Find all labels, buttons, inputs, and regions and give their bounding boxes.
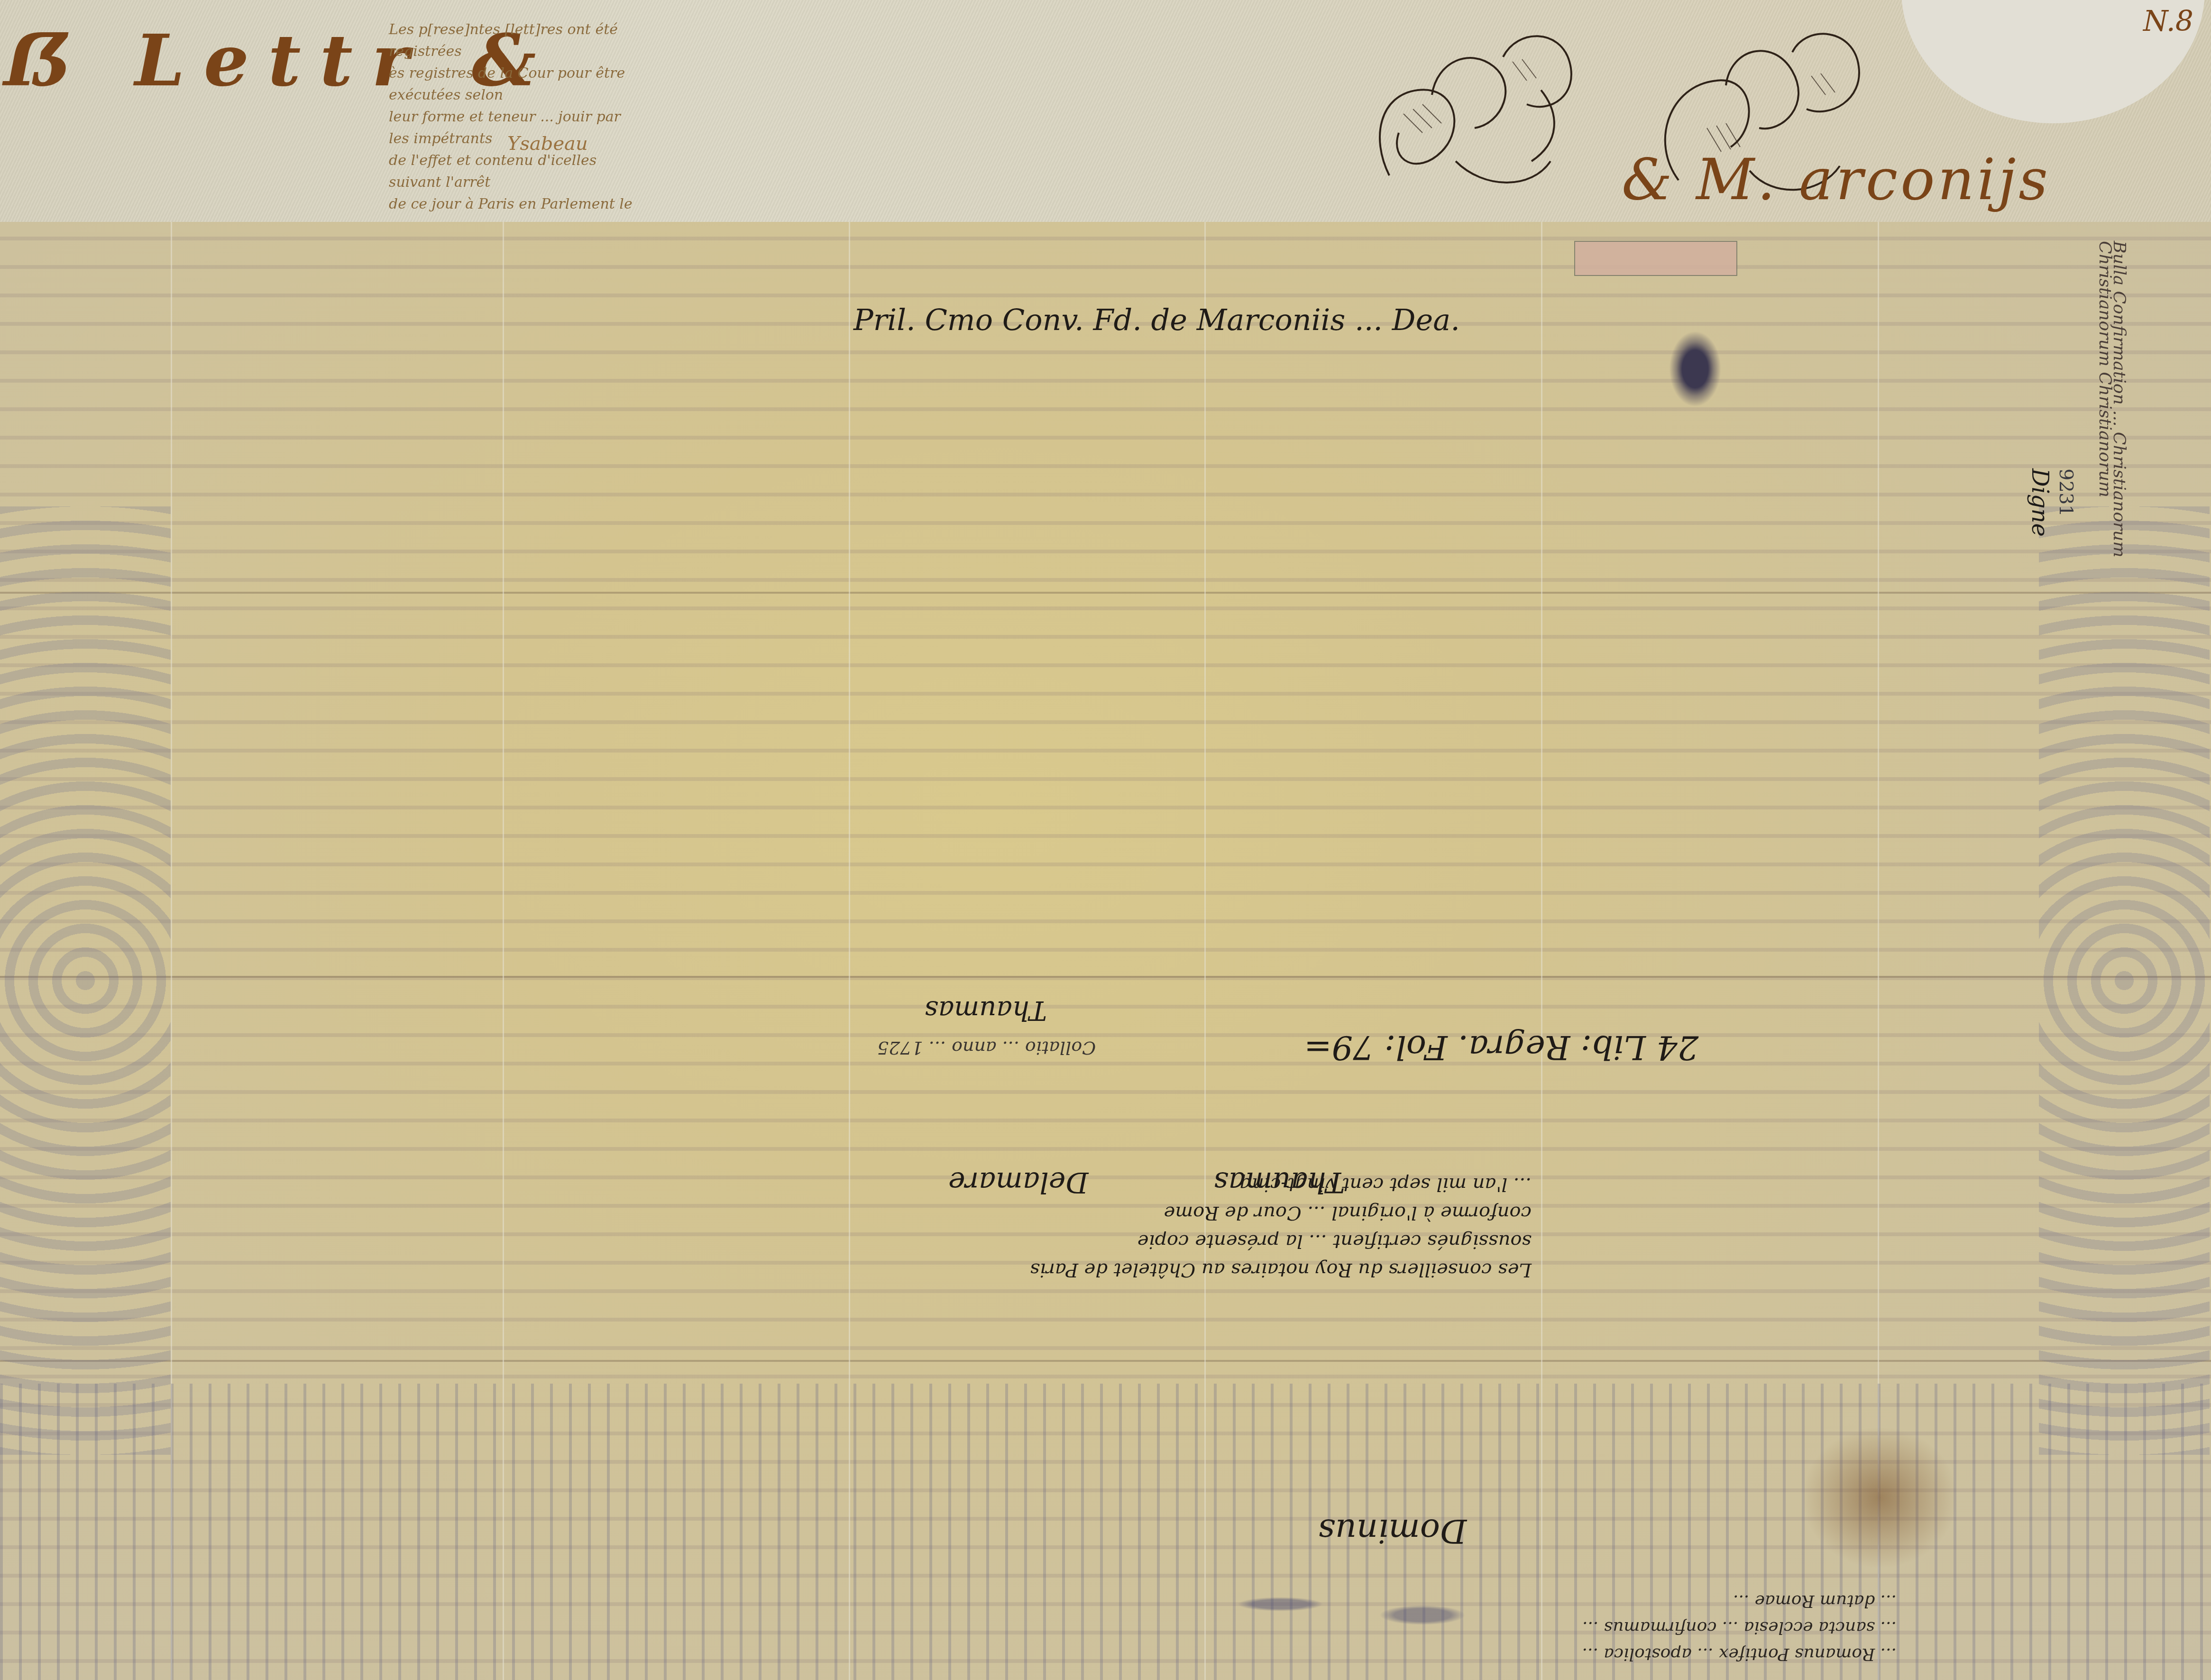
cert-line: Les conseillers du Roy notaires au Châte… bbox=[844, 1256, 1532, 1284]
latin-line: ... Romanus Pontifex ... apostolica ... bbox=[1233, 1641, 1897, 1667]
notary-signature: Thaumas bbox=[925, 995, 1047, 1026]
latin-line: ... datum Romae ... bbox=[1233, 1588, 1897, 1614]
fold-line bbox=[0, 592, 2211, 594]
note-line: Les p[rese]ntes [lett]res ont été regist… bbox=[389, 19, 635, 63]
side-label: Digne bbox=[2027, 468, 2053, 537]
fold-line bbox=[0, 1360, 2211, 1362]
register-reference: 24 Lib: Regra. Fol: 79= bbox=[1304, 1028, 1698, 1067]
bottom-signature: Dominus bbox=[1318, 1512, 1467, 1551]
notarial-certification: Les conseillers du Roy notaires au Châte… bbox=[844, 1170, 1532, 1284]
top-strip: ẞ Lettr & Les p[rese]ntes [lett]res ont … bbox=[0, 0, 2211, 222]
note-line: de l'effet et contenu d'icelles suivant … bbox=[389, 150, 635, 193]
note-line: ès registres de la Cour pour être exécut… bbox=[389, 63, 635, 106]
collation-note: Collatio ... anno ... 1725 bbox=[877, 1037, 1096, 1058]
left-engraved-border bbox=[0, 506, 171, 1455]
ink-blot bbox=[1669, 331, 1721, 407]
calligraphic-flourish-icon bbox=[1361, 19, 1607, 209]
corner-number: N.8 bbox=[2143, 5, 2193, 38]
archive-number: 9231 bbox=[2055, 468, 2077, 517]
repair-patch bbox=[1574, 241, 1737, 276]
water-stain bbox=[1802, 1426, 1958, 1569]
registration-signature: Ysabeau bbox=[507, 133, 588, 155]
main-sheet: Pril. Cmo Conv. Fd. de Marconiis ... Dea… bbox=[0, 222, 2211, 1680]
strip-title: & M. arconijs bbox=[1622, 147, 2051, 213]
cert-line: conforme à l'original ... Cour de Rome bbox=[844, 1199, 1532, 1227]
fold-line bbox=[0, 976, 2211, 978]
side-annotation: Christianorum Christianorum bbox=[2095, 241, 2115, 497]
cert-line: ... l'an mil sept cent vingt-cinq bbox=[844, 1170, 1532, 1199]
right-engraved-border bbox=[2039, 506, 2210, 1455]
header-annotation: Pril. Cmo Conv. Fd. de Marconiis ... Dea… bbox=[853, 303, 1460, 337]
latin-line: ... sancta ecclesia ... confirmamus ... bbox=[1233, 1614, 1897, 1641]
cert-line: soussignés certifient ... la présente co… bbox=[844, 1227, 1532, 1256]
bottom-latin-text: ... Romanus Pontifex ... apostolica ... … bbox=[1233, 1588, 1897, 1667]
